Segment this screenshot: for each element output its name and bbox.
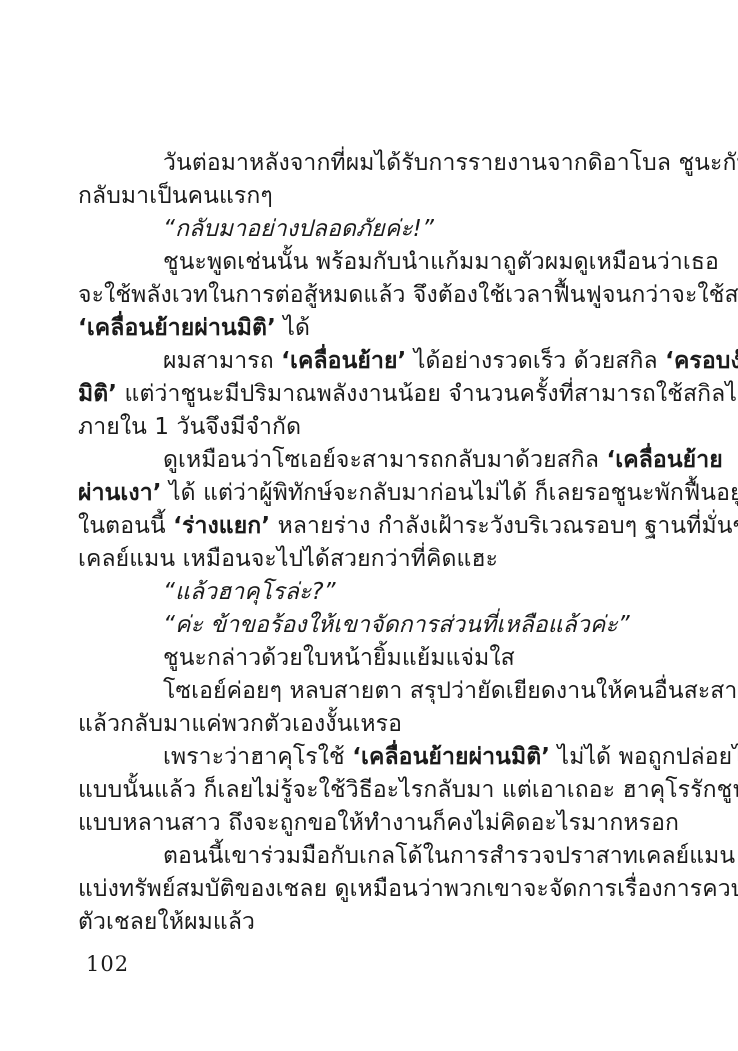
text-line: ในตอนนี้ ‘ร่างแยก’ หลายร่าง กำลังเฝ้าระว…	[78, 510, 674, 543]
text-segment-bold: มิติ’	[78, 381, 117, 407]
text-segment-normal: โซเอย์ค่อยๆ หลบสายตา สรุปว่ายัดเยียดงานใ…	[163, 678, 738, 704]
text-line: ชูนะพูดเช่นนั้น พร้อมกับนำแก้มมาถูตัวผมด…	[78, 246, 674, 279]
text-segment-normal: หลายร่าง กำลังเฝ้าระวังบริเวณรอบๆ ฐานที่…	[270, 513, 738, 539]
text-segment-bold: ‘ครอบงำ	[665, 348, 738, 374]
text-line: แล้วกลับมาแค่พวกตัวเองงั้นเหรอ	[78, 708, 674, 741]
text-segment-italic: “แล้วฮาคุโรล่ะ?”	[163, 579, 336, 605]
text-segment-normal: แบบหลานสาว ถึงจะถูกขอให้ทำงานก็คงไม่คิดอ…	[78, 810, 679, 836]
text-segment-normal: เพราะว่าฮาคุโรใช้	[163, 744, 352, 770]
text-segment-italic: “กลับมาอย่างปลอดภัยค่ะ!”	[163, 216, 434, 242]
text-line: ผมสามารถ ‘เคลื่อนย้าย’ ได้อย่างรวดเร็ว ด…	[78, 345, 674, 378]
text-segment-bold: ผ่านเงา’	[78, 480, 162, 506]
text-line: โซเอย์ค่อยๆ หลบสายตา สรุปว่ายัดเยียดงานใ…	[78, 675, 674, 708]
text-segment-bold: ‘เคลื่อนย้ายผ่านมิติ’	[78, 315, 276, 341]
text-line: ดูเหมือนว่าโซเอย์จะสามารถกลับมาด้วยสกิล …	[78, 444, 674, 477]
text-segment-normal: เคลย์แมน เหมือนจะไปได้สวยกว่าที่คิดแฮะ	[78, 546, 498, 572]
book-page: วันต่อมาหลังจากที่ผมได้รับการรายงานจากดิ…	[0, 0, 738, 1051]
text-segment-normal: ได้	[276, 315, 310, 341]
text-segment-normal: จะใช้พลังเวทในการต่อสู้หมดแล้ว จึงต้องใช…	[78, 282, 738, 308]
text-segment-bold: ‘เคลื่อนย้าย’	[281, 348, 406, 374]
text-line: เพราะว่าฮาคุโรใช้ ‘เคลื่อนย้ายผ่านมิติ’ …	[78, 741, 674, 774]
text-line: ตอนนี้เขาร่วมมือกับเกลโด้ในการสำรวจปราสา…	[78, 840, 674, 873]
text-line: ตัวเชลยให้ผมแล้ว	[78, 906, 674, 939]
text-segment-normal: ไม่ได้ พอถูกปล่อยไว้	[550, 744, 738, 770]
text-line: “ค่ะ ข้าขอร้องให้เขาจัดการส่วนที่เหลือแล…	[78, 609, 674, 642]
page-text-block: วันต่อมาหลังจากที่ผมได้รับการรายงานจากดิ…	[78, 147, 674, 939]
text-segment-normal: แบบนั้นแล้ว ก็เลยไม่รู้จะใช้วิธีอะไรกลับ…	[78, 777, 738, 803]
text-segment-normal: แล้วกลับมาแค่พวกตัวเองงั้นเหรอ	[78, 711, 402, 737]
text-segment-normal: ตอนนี้เขาร่วมมือกับเกลโด้ในการสำรวจปราสา…	[163, 843, 738, 869]
text-line: ชูนะกล่าวด้วยใบหน้ายิ้มแย้มแจ่มใส	[78, 642, 674, 675]
text-line: มิติ’ แต่ว่าชูนะมีปริมาณพลังงานน้อย จำนว…	[78, 378, 674, 411]
text-segment-normal: ชูนะกล่าวด้วยใบหน้ายิ้มแย้มแจ่มใส	[163, 645, 515, 671]
text-segment-normal: วันต่อมาหลังจากที่ผมได้รับการรายงานจากดิ…	[163, 150, 738, 176]
text-segment-normal: ได้อย่างรวดเร็ว ด้วยสกิล	[406, 348, 665, 374]
page-number: 102	[86, 952, 129, 976]
text-line: เคลย์แมน เหมือนจะไปได้สวยกว่าที่คิดแฮะ	[78, 543, 674, 576]
text-segment-normal: ตัวเชลยให้ผมแล้ว	[78, 909, 255, 935]
text-segment-normal: ได้ แต่ว่าผู้พิทักษ์จะกลับมาก่อนไม่ได้ ก…	[162, 480, 738, 506]
text-line: ผ่านเงา’ ได้ แต่ว่าผู้พิทักษ์จะกลับมาก่อ…	[78, 477, 674, 510]
text-segment-normal: กลับมาเป็นคนแรกๆ	[78, 183, 273, 209]
text-line: วันต่อมาหลังจากที่ผมได้รับการรายงานจากดิ…	[78, 147, 674, 180]
text-segment-bold: ‘เคลื่อนย้ายผ่านมิติ’	[352, 744, 550, 770]
text-segment-normal: ภายใน 1 วันจึงมีจำกัด	[78, 414, 301, 440]
text-segment-italic: “ค่ะ ข้าขอร้องให้เขาจัดการส่วนที่เหลือแล…	[163, 612, 630, 638]
text-line: ภายใน 1 วันจึงมีจำกัด	[78, 411, 674, 444]
text-line: กลับมาเป็นคนแรกๆ	[78, 180, 674, 213]
text-line: ‘เคลื่อนย้ายผ่านมิติ’ ได้	[78, 312, 674, 345]
text-segment-bold: ‘ร่างแยก’	[173, 513, 270, 539]
text-line: “กลับมาอย่างปลอดภัยค่ะ!”	[78, 213, 674, 246]
text-segment-normal: แบ่งทรัพย์สมบัติของเชลย ดูเหมือนว่าพวกเข…	[78, 876, 738, 902]
text-segment-normal: ชูนะพูดเช่นนั้น พร้อมกับนำแก้มมาถูตัวผมด…	[163, 249, 719, 275]
text-segment-normal: ดูเหมือนว่าโซเอย์จะสามารถกลับมาด้วยสกิล	[163, 447, 606, 473]
text-line: จะใช้พลังเวทในการต่อสู้หมดแล้ว จึงต้องใช…	[78, 279, 674, 312]
text-segment-normal: ผมสามารถ	[163, 348, 281, 374]
text-line: แบบนั้นแล้ว ก็เลยไม่รู้จะใช้วิธีอะไรกลับ…	[78, 774, 674, 807]
text-line: แบบหลานสาว ถึงจะถูกขอให้ทำงานก็คงไม่คิดอ…	[78, 807, 674, 840]
text-segment-normal: ในตอนนี้	[78, 513, 173, 539]
text-line: “แล้วฮาคุโรล่ะ?”	[78, 576, 674, 609]
text-segment-normal: แต่ว่าชูนะมีปริมาณพลังงานน้อย จำนวนครั้ง…	[117, 381, 738, 407]
text-segment-bold: ‘เคลื่อนย้าย	[606, 447, 722, 473]
text-line: แบ่งทรัพย์สมบัติของเชลย ดูเหมือนว่าพวกเข…	[78, 873, 674, 906]
